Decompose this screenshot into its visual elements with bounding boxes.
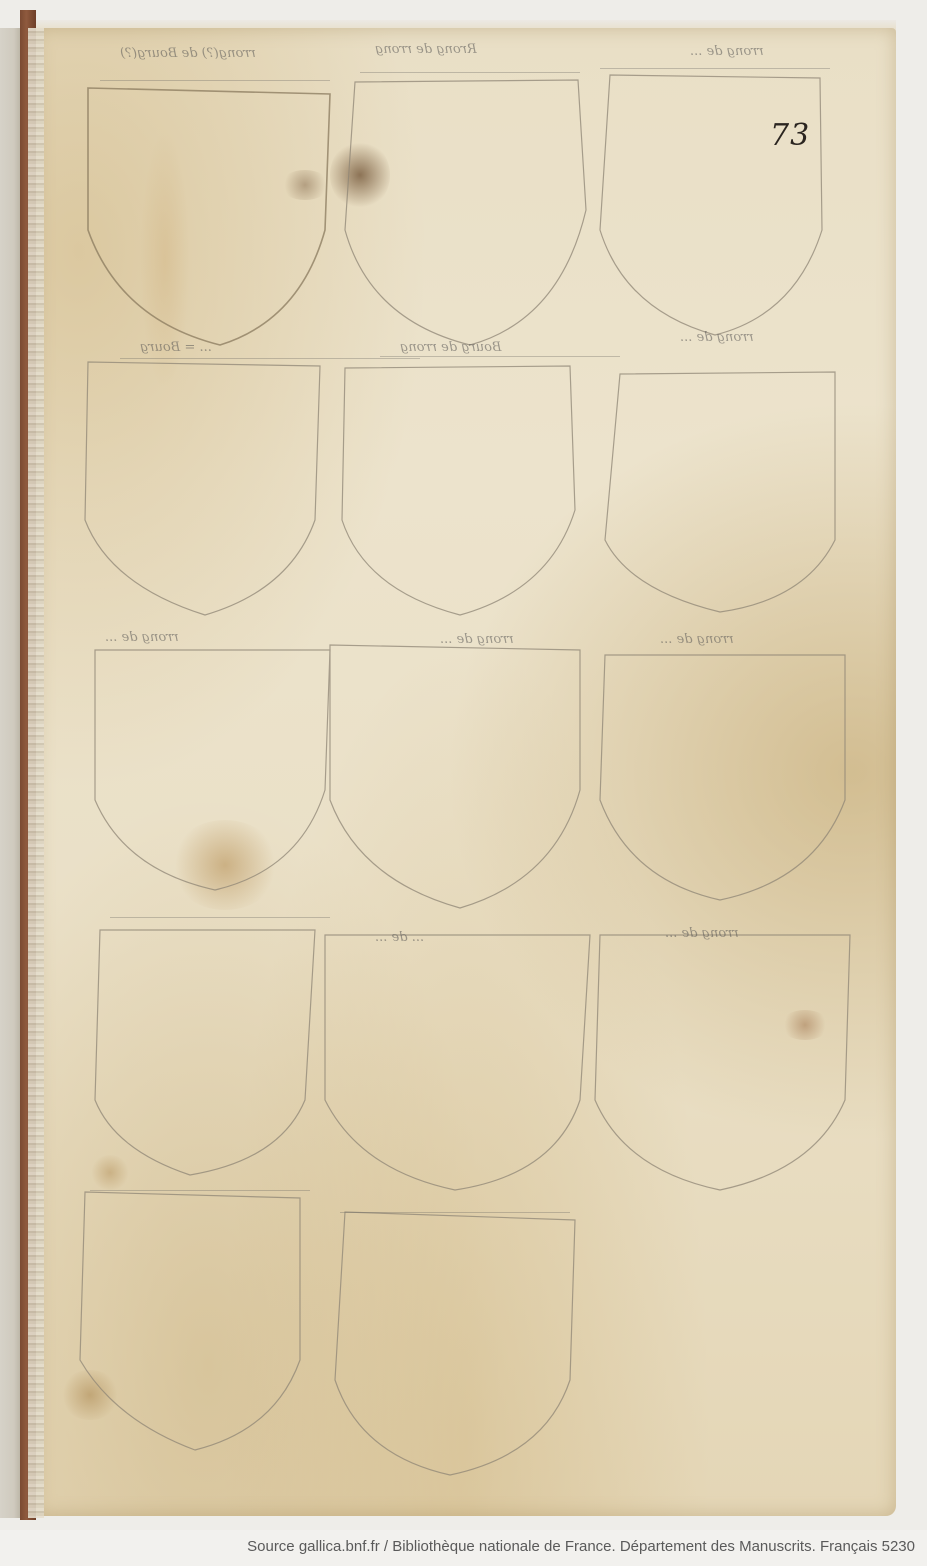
previous-leaf-edge xyxy=(0,28,21,1518)
brown-spot xyxy=(780,1010,830,1040)
shield-caption: rrong de ... xyxy=(690,44,764,59)
shield-caption: ... de ... xyxy=(375,930,424,945)
caption-rule xyxy=(380,356,620,357)
caption-rule xyxy=(110,917,330,918)
shield-caption: rrong de ... xyxy=(440,632,514,647)
shield-caption: rrong de ... xyxy=(660,632,734,647)
caption-rule xyxy=(120,358,420,359)
water-stain xyxy=(170,820,280,910)
shield-caption: rrong de ... xyxy=(680,330,754,345)
shield-caption: Bourg de rrong xyxy=(400,340,502,355)
caption-rule xyxy=(340,1212,570,1213)
caption-rule xyxy=(100,80,330,81)
source-footer: Source gallica.bnf.fr / Bibliothèque nat… xyxy=(0,1530,927,1566)
ink-smudge xyxy=(330,140,390,210)
brown-spot xyxy=(60,1370,120,1420)
caption-rule xyxy=(90,1190,310,1191)
shield-caption: rrong(?) de Bourg(?) xyxy=(120,46,256,61)
source-attribution: Source gallica.bnf.fr / Bibliothèque nat… xyxy=(247,1538,915,1555)
ink-smudge xyxy=(280,170,330,200)
shield-caption: rrong de ... xyxy=(665,926,739,941)
shield-caption: ... = Bourg xyxy=(140,340,212,355)
shield-caption: rrong de ... xyxy=(105,630,179,645)
manuscript-image-viewer: rrong(?) de Bourg(?) Rrong de rrong rron… xyxy=(0,0,927,1530)
brown-spot xyxy=(90,1155,130,1190)
shield-caption: Rrong de rrong xyxy=(375,42,477,57)
caption-rule xyxy=(600,68,830,69)
folio-number: 73 xyxy=(770,118,810,153)
caption-rule xyxy=(360,72,580,73)
spine-fray xyxy=(28,28,44,1518)
